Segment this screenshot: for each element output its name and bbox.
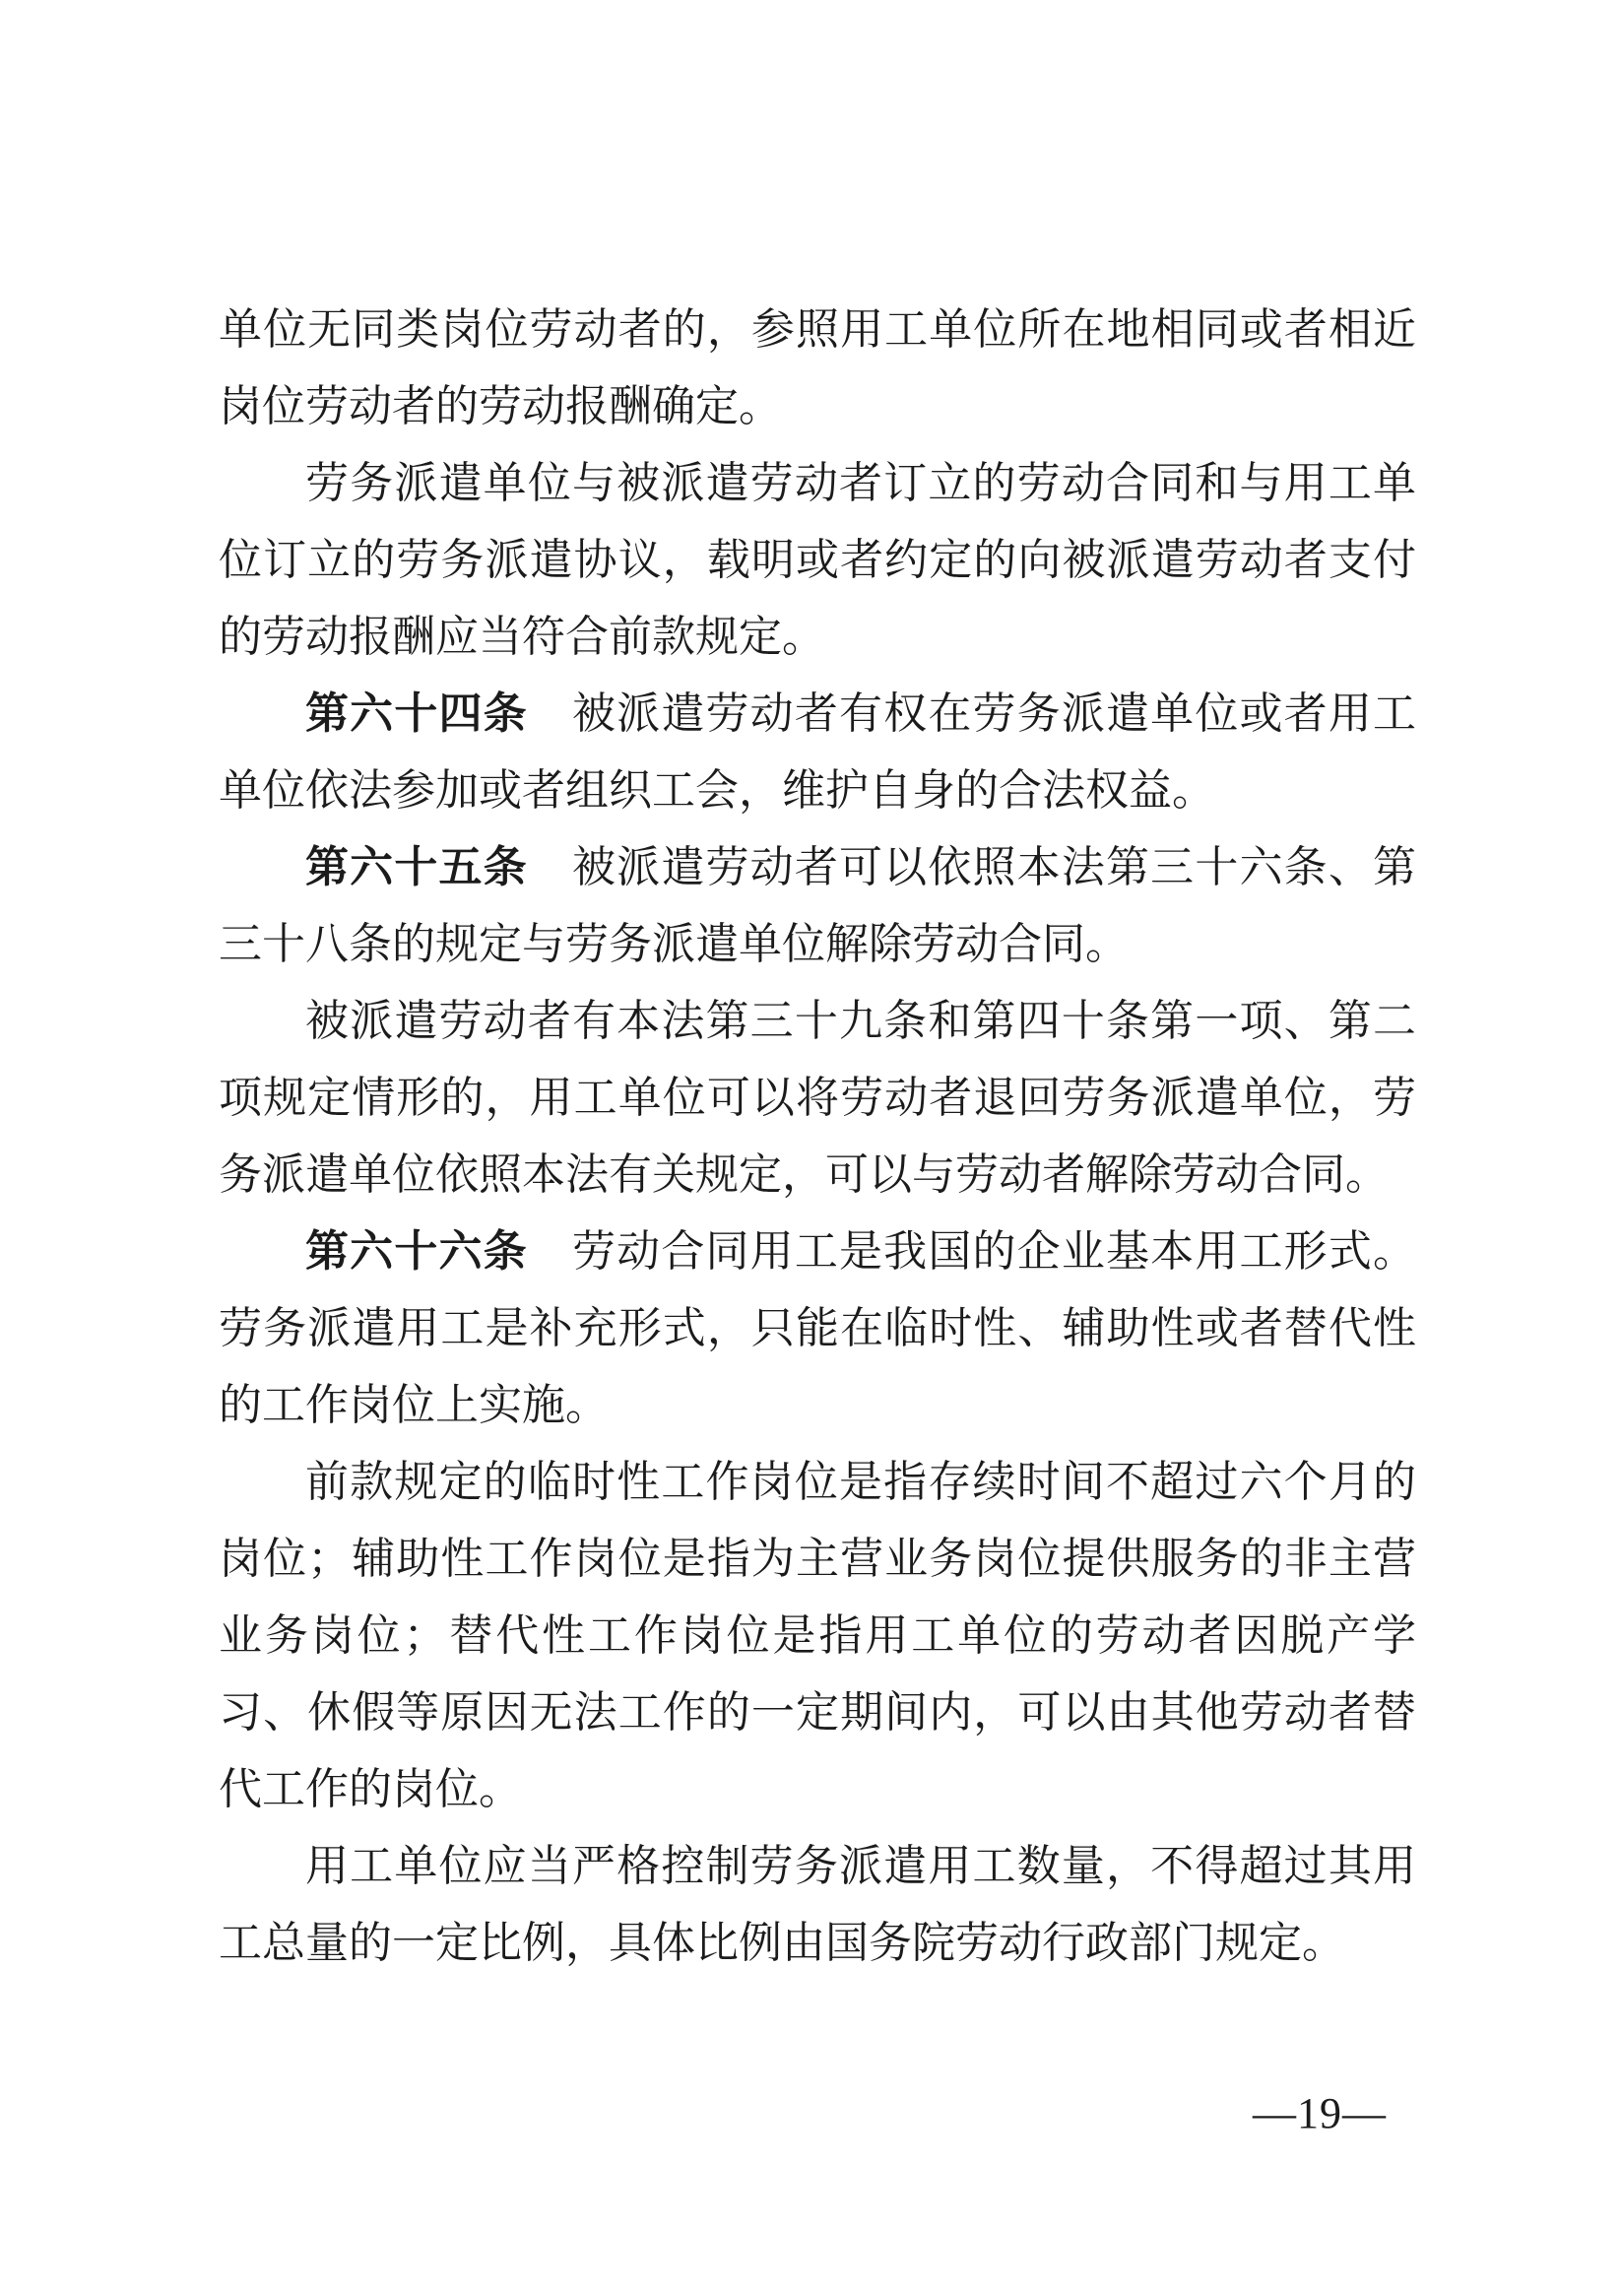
article-number: 第六十四条 [305, 689, 528, 738]
paragraph: 第六十五条 被派遣劳动者可以依照本法第三十六条、第三十八条的规定与劳务派遣单位解… [219, 829, 1416, 983]
article-number: 第六十六条 [305, 1227, 528, 1276]
article-number: 第六十五条 [305, 843, 528, 891]
body-text-run: 用工单位应当严格控制劳务派遣用工数量，不得超过其用工总量的一定比例，具体比例由国… [219, 1842, 1416, 1967]
paragraph: 前款规定的临时性工作岗位是指存续时间不超过六个月的岗位；辅助性工作岗位是指为主营… [219, 1444, 1416, 1828]
body-text-run: 被派遣劳动者有本法第三十九条和第四十条第一项、第二项规定情形的，用工单位可以将劳… [219, 997, 1416, 1199]
paragraph: 第六十四条 被派遣劳动者有权在劳务派遣单位或者用工单位依法参加或者组织工会，维护… [219, 676, 1416, 829]
paragraph: 第六十六条 劳动合同用工是我国的企业基本用工形式。劳务派遣用工是补充形式，只能在… [219, 1214, 1416, 1444]
paragraph: 被派遣劳动者有本法第三十九条和第四十条第一项、第二项规定情形的，用工单位可以将劳… [219, 983, 1416, 1214]
body-text-run: 劳务派遣单位与被派遣劳动者订立的劳动合同和与用工单位订立的劳务派遣协议，载明或者… [219, 459, 1416, 661]
page-number: —19— [1253, 2088, 1387, 2139]
paragraph: 用工单位应当严格控制劳务派遣用工数量，不得超过其用工总量的一定比例，具体比例由国… [219, 1828, 1416, 1982]
paragraph: 劳务派遣单位与被派遣劳动者订立的劳动合同和与用工单位订立的劳务派遣协议，载明或者… [219, 445, 1416, 676]
body-text-run: 单位无同类岗位劳动者的，参照用工单位所在地相同或者相近岗位劳动者的劳动报酬确定。 [219, 305, 1416, 430]
paragraph: 单位无同类岗位劳动者的，参照用工单位所在地相同或者相近岗位劳动者的劳动报酬确定。 [219, 292, 1416, 445]
document-body: 单位无同类岗位劳动者的，参照用工单位所在地相同或者相近岗位劳动者的劳动报酬确定。… [219, 292, 1416, 1982]
body-text-run: 前款规定的临时性工作岗位是指存续时间不超过六个月的岗位；辅助性工作岗位是指为主营… [219, 1458, 1416, 1813]
document-page: 单位无同类岗位劳动者的，参照用工单位所在地相同或者相近岗位劳动者的劳动报酬确定。… [0, 0, 1621, 2296]
